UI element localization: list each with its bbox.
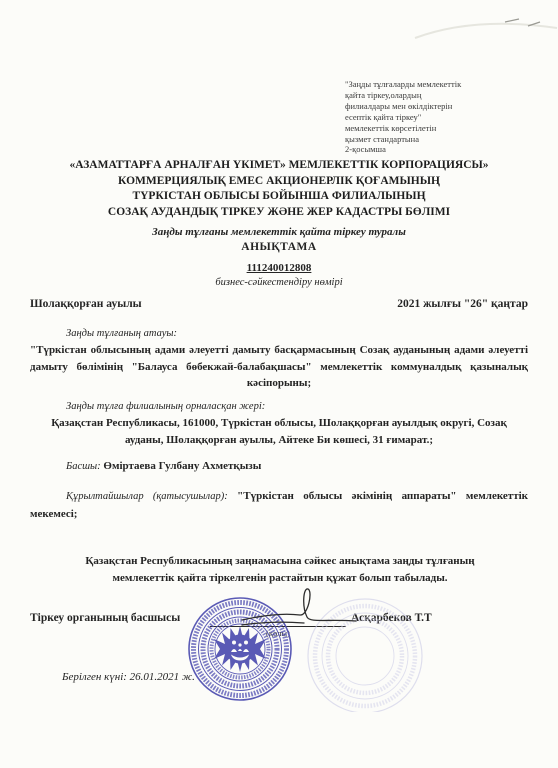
scan-fold-artifact	[0, 0, 558, 60]
appendix-note-line: есептік қайта тіркеу"	[345, 112, 535, 123]
signature-line	[210, 605, 346, 627]
place-date-row: Шолаққорған ауылы 2021 жылғы "26" қаңтар	[30, 298, 528, 310]
founders-row: Құрылтайшылар (қатысушылар): "Түркістан …	[30, 488, 528, 522]
entity-head-row: Басшы: Өміртаева Гулбану Ахметқызы	[30, 460, 528, 472]
registrar-title: Тіркеу органының басшысы	[30, 612, 180, 624]
appendix-note-line: филиалдары мен өкілдіктерін	[345, 101, 535, 112]
signature-caption: (қолы)	[210, 628, 346, 638]
document-subtitle: Заңды тұлғаны мемлекеттік қайта тіркеу т…	[28, 226, 530, 238]
entity-head-label: Басшы:	[66, 461, 101, 472]
appendix-note-line: "Заңды тұлғаларды мемлекеттік	[345, 79, 535, 90]
org-name-line-1: «АЗАМАТТАРҒА АРНАЛҒАН ҮКІМЕТ» МЕМЛЕКЕТТІ…	[28, 158, 530, 174]
issue-date-footer: Берілген күні: 26.01.2021 ж.	[30, 671, 430, 683]
appendix-note: "Заңды тұлғаларды мемлекеттік қайта тірк…	[345, 79, 535, 155]
entity-location-label: Заңды тұлға филиалының орналасқан жері:	[30, 401, 528, 412]
legal-statement: Қазақстан Республикасының заңнамасына сә…	[84, 553, 476, 586]
issuing-org-header: «АЗАМАТТАРҒА АРНАЛҒАН ҮКІМЕТ» МЕМЛЕКЕТТІ…	[28, 158, 530, 220]
appendix-note-line: қызмет стандартына	[345, 134, 535, 145]
bin-label: бизнес-сәйкестендіру нөмірі	[28, 277, 530, 288]
registrar-name: Асқарбеков Т.Т	[351, 612, 432, 624]
entity-name: "Түркістан облысының адами әлеуетті дамы…	[30, 342, 528, 392]
document-page: "Заңды тұлғаларды мемлекеттік қайта тірк…	[0, 0, 558, 768]
document-title: АНЫҚТАМА	[28, 241, 530, 253]
appendix-note-line: 2-қосымша	[345, 144, 535, 155]
stamp-family-figures	[231, 641, 249, 661]
entity-address: Қазақстан Республикасы, 161000, Түркіста…	[40, 415, 518, 448]
org-name-line-4: СОЗАҚ АУДАНДЫҚ ТІРКЕУ ЖӘНЕ ЖЕР КАДАСТРЫ …	[28, 205, 530, 221]
official-stamp	[165, 582, 445, 712]
org-name-line-3: ТҮРКІСТАН ОБЛЫСЫ БОЙЫНША ФИЛИАЛЫНЫҢ	[28, 189, 530, 205]
entity-head-name: Өміртаева Гулбану Ахметқызы	[103, 460, 261, 472]
appendix-note-line: мемлекеттік көрсетілетін	[345, 123, 535, 134]
entity-name-label: Заңды тұлғаның атауы:	[30, 328, 528, 339]
bin-number: 111240012808	[28, 262, 530, 274]
issue-date: 2021 жылғы "26" қаңтар	[397, 298, 528, 310]
org-name-line-2: КОММЕРЦИЯЛЫҚ ЕМЕС АКЦИОНЕРЛІК ҚОҒАМЫНЫҢ	[28, 174, 530, 190]
issue-place: Шолаққорған ауылы	[30, 298, 142, 310]
scan-edge-shadow	[553, 0, 558, 768]
appendix-note-line: қайта тіркеу,олардың	[345, 90, 535, 101]
bin-number-value: 111240012808	[247, 262, 312, 274]
founders-label: Құрылтайшылар (қатысушылар):	[66, 491, 228, 502]
